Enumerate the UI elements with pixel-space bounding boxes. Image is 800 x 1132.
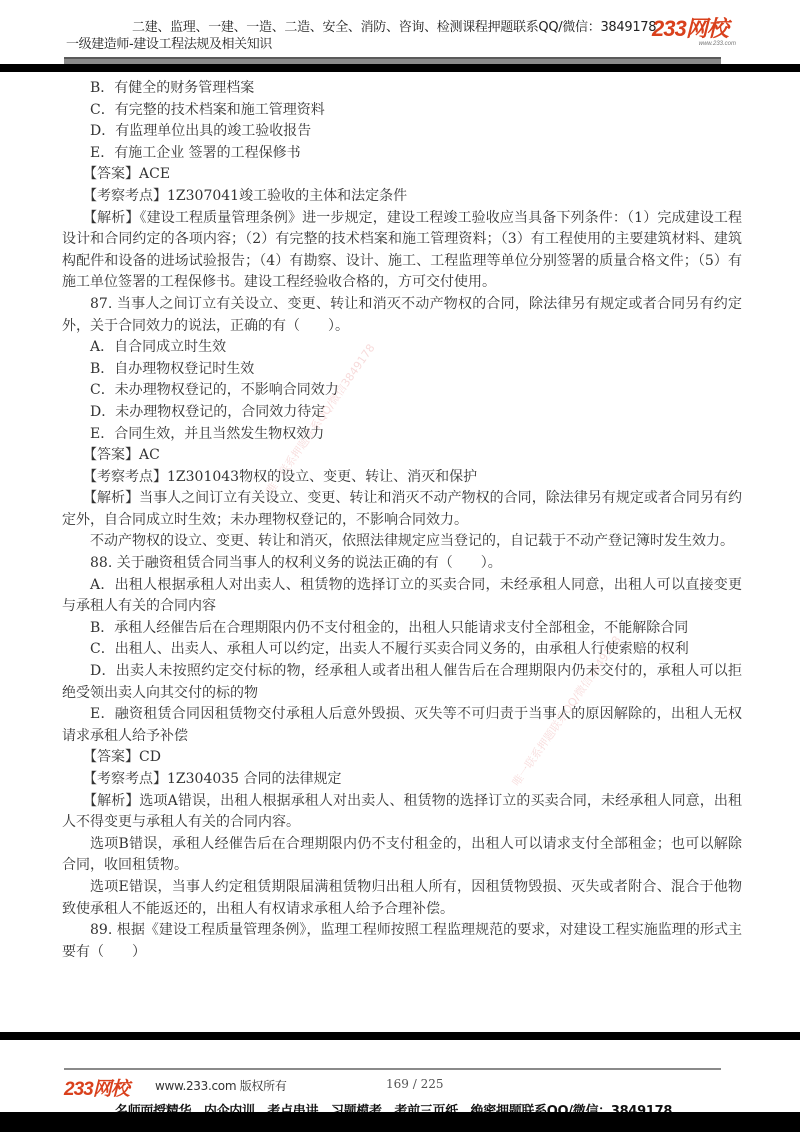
q88-stem: 88. 关于融资租赁合同当事人的权利义务的说法正确的有（ ）。 — [62, 553, 742, 575]
q86-option-e: E．有施工企业 签署的工程保修书 — [62, 143, 742, 165]
page-boundary-top — [0, 64, 800, 72]
q88-answer: 【答案】CD — [62, 747, 742, 769]
q86-answer: 【答案】ACE — [62, 164, 742, 186]
q87-point: 【考察考点】1Z301043物权的设立、变更、转让、消灭和保护 — [62, 467, 742, 489]
q88-option-d: D．出卖人未按照约定交付标的物，经承租人或者出租人催告后在合理期限内仍未交付的，… — [62, 661, 742, 704]
q88-analysis-3: 选项E错误，当事人约定租赁期限届满租赁物归出租人所有，因租赁物毁损、灭失或者附合… — [62, 877, 742, 920]
q86-option-b: B．有健全的财务管理档案 — [62, 78, 742, 100]
page-boundary-mid — [0, 1032, 800, 1040]
page-boundary-bottom — [0, 1112, 800, 1132]
logo-mark: 233网校 — [652, 18, 744, 40]
q88-option-c: C．出租人、出卖人、承租人可以约定，出卖人不履行买卖合同义务的，由承租人行使索赔… — [62, 639, 742, 661]
brand-logo: 233网校 www.233.com — [652, 18, 744, 50]
q87-answer: 【答案】AC — [62, 445, 742, 467]
footer-divider — [64, 1068, 721, 1070]
q87-analysis-2: 不动产物权的设立、变更、转让和消灭，依照法律规定应当登记的，自记载于不动产登记簿… — [62, 531, 742, 553]
q88-analysis: 【解析】选项A错误，出租人根据承租人对出卖人、租赁物的选择订立的买卖合同，未经承… — [62, 791, 742, 834]
footer-promo-text: 名师面授精华、内企内训、考点串讲、习题模考、考前三页纸，绝密押题联系QQ/微信：… — [115, 1100, 672, 1112]
logo-url: www.233.com — [652, 40, 744, 48]
q86-point: 【考察考点】1Z307041竣工验收的主体和法定条件 — [62, 186, 742, 208]
q87-option-b: B．自办理物权登记时生效 — [62, 359, 742, 381]
q86-analysis: 【解析】《建设工程质量管理条例》进一步规定，建设工程竣工验收应当具备下列条件：（… — [62, 208, 742, 294]
footer-copyright: www.233.com 版权所有 — [155, 1077, 287, 1094]
q87-analysis: 【解析】当事人之间订立有关设立、变更、转让和消灭不动产物权的合同，除法律另有规定… — [62, 488, 742, 531]
header-subject-title: 一级建造师-建设工程法规及相关知识 — [66, 33, 272, 52]
page-header: 二建、监理、一建、一造、二造、安全、消防、咨询、检测课程押题联系QQ/微信：38… — [0, 0, 800, 72]
q88-analysis-2: 选项B错误，承租人经催告后在合理期限内仍不支付租金的，出租人可以请求支付全部租金… — [62, 834, 742, 877]
q87-option-d: D．未办理物权登记的，合同效力待定 — [62, 402, 742, 424]
q87-option-e: E．合同生效，并且当然发生物权效力 — [62, 424, 742, 446]
q87-option-a: A．自合同成立时生效 — [62, 337, 742, 359]
q86-option-c: C．有完整的技术档案和施工管理资料 — [62, 100, 742, 122]
document-body: B．有健全的财务管理档案 C．有完整的技术档案和施工管理资料 D．有监理单位出具… — [62, 78, 742, 963]
q88-option-b: B．承租人经催告后在合理期限内仍不支付租金的，出租人只能请求支付全部租金，不能解… — [62, 618, 742, 640]
q88-point: 【考察考点】1Z304035 合同的法律规定 — [62, 769, 742, 791]
q87-stem: 87. 当事人之间订立有关设立、变更、转让和消灭不动产物权的合同，除法律另有规定… — [62, 294, 742, 337]
q88-option-a: A．出租人根据承租人对出卖人、租赁物的选择订立的买卖合同，未经承租人同意，出租人… — [62, 575, 742, 618]
page-number: 169 / 225 — [386, 1077, 443, 1091]
q88-option-e: E．融资租赁合同因租赁物交付承租人后意外毁损、灭失等不可归责于当事人的原因解除的… — [62, 704, 742, 747]
q87-option-c: C．未办理物权登记的，不影响合同效力 — [62, 380, 742, 402]
q89-stem: 89. 根据《建设工程质量管理条例》，监理工程师按照工程监理规范的要求，对建设工… — [62, 920, 742, 963]
q86-option-d: D．有监理单位出具的竣工验收报告 — [62, 121, 742, 143]
footer-brand-logo: 233网校 — [64, 1074, 129, 1101]
